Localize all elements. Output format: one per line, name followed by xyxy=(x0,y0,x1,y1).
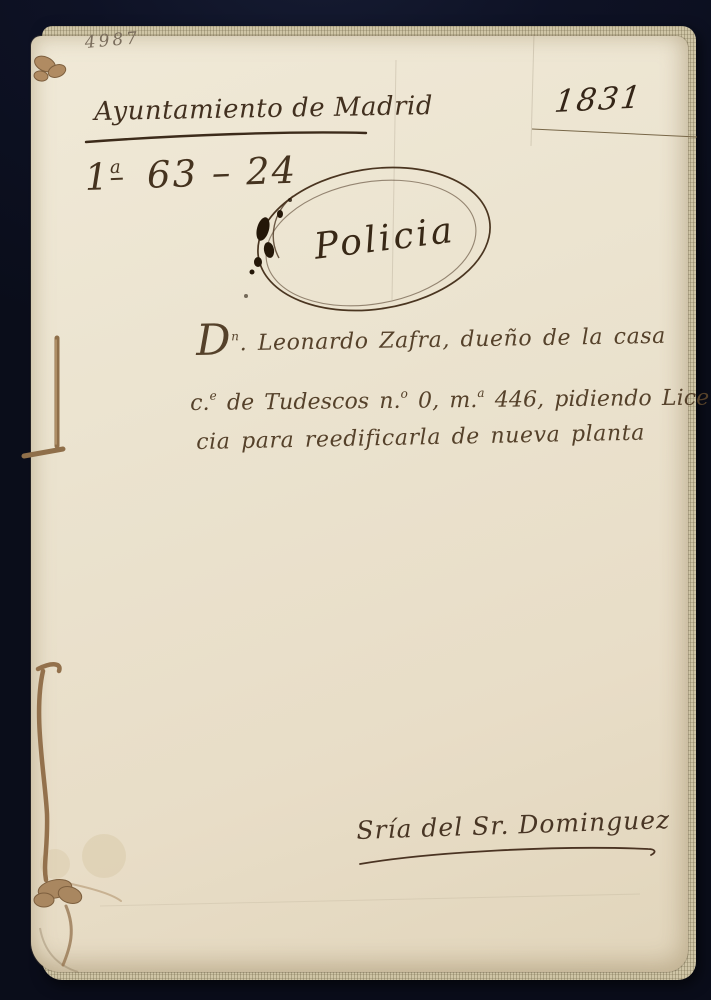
body-line-2-seg: 0, m. xyxy=(408,388,478,414)
body-line-2-seg: de Tudescos n. xyxy=(217,389,401,416)
body-line-1-initial: D xyxy=(196,315,232,366)
body-line-2-seg: c. xyxy=(190,391,210,416)
body-line-2-seg: 446, pidiendo Licen- xyxy=(485,385,711,413)
file-reference-number: 1 xyxy=(84,155,111,199)
file-reference-superscript: a xyxy=(110,157,124,180)
body-line-2: c.e de Tudescos n.o 0, m.a 446, pidiendo… xyxy=(190,384,711,415)
file-reference-rest: 63 – 24 xyxy=(146,149,298,197)
year-label: 1831 xyxy=(553,79,645,119)
header-title: Ayuntamiento de Madrid xyxy=(94,91,433,127)
file-reference: 1a63 – 24 xyxy=(84,149,298,199)
document-photo: 4987 Ayuntamiento de Madrid 1831 1a63 – … xyxy=(0,0,711,1000)
